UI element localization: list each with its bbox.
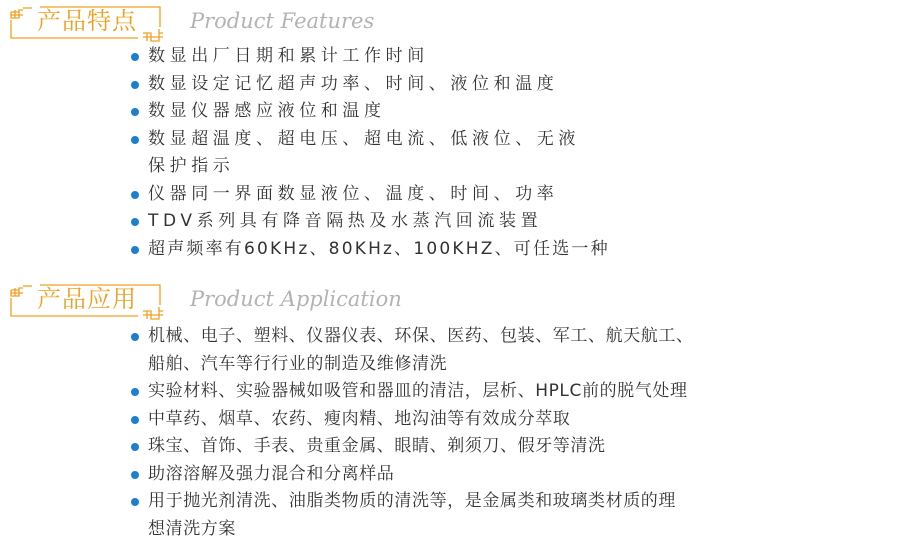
feature-item: 数显设定记忆超声功率、时间、液位和温度 <box>130 71 610 99</box>
blue-dot-icon <box>131 246 139 254</box>
blue-dot-icon <box>131 108 139 116</box>
feature-item: 数显出厂日期和累计工作时间 <box>130 43 610 71</box>
application-item: 实验材料、实验器械如吸管和器皿的清洁，层析、HPLC前的脱气处理 <box>130 378 694 406</box>
blue-dot-icon <box>131 333 139 341</box>
application-item: 用于抛光剂清洗、油脂类物质的清洗等，是金属类和玻璃类材质的理 想清洗方案 <box>130 488 694 541</box>
blue-dot-icon <box>131 53 139 61</box>
blue-dot-icon <box>131 218 139 226</box>
applications-header: 产品应用 Product Application <box>0 278 600 322</box>
blue-dot-icon <box>131 471 139 479</box>
applications-list: 机械、电子、塑料、仪器仪表、环保、医药、包装、军工、航天航工、 船舶、汽车等行行… <box>130 323 694 541</box>
blue-dot-icon <box>131 136 139 144</box>
applications-title-cn: 产品应用 <box>37 285 137 313</box>
feature-item: 数显仪器感应液位和温度 <box>130 98 610 126</box>
features-title-cn: 产品特点 <box>37 7 137 35</box>
blue-dot-icon <box>131 388 139 396</box>
features-list: 数显出厂日期和累计工作时间 数显设定记忆超声功率、时间、液位和温度 数显仪器感应… <box>130 43 610 263</box>
blue-dot-icon <box>131 443 139 451</box>
applications-title-en: Product Application <box>190 286 402 312</box>
feature-item: 超声频率有60KHz、80KHz、100KHZ、可任选一种 <box>130 236 610 264</box>
blue-dot-icon <box>131 191 139 199</box>
blue-dot-icon <box>131 498 139 506</box>
application-item: 中草药、烟草、农药、瘦肉精、地沟油等有效成分萃取 <box>130 406 694 434</box>
feature-item: TDV系列具有降音隔热及水蒸汽回流装置 <box>130 208 610 236</box>
features-header: 产品特点 Product Features <box>0 0 600 44</box>
feature-item: 仪器同一界面数显液位、温度、时间、功率 <box>130 181 610 209</box>
features-title-en: Product Features <box>190 8 374 34</box>
application-item: 珠宝、首饰、手表、贵重金属、眼睛、剃须刀、假牙等清洗 <box>130 433 694 461</box>
application-item: 助溶溶解及强力混合和分离样品 <box>130 461 694 489</box>
blue-dot-icon <box>131 81 139 89</box>
blue-dot-icon <box>131 416 139 424</box>
feature-item: 数显超温度、超电压、超电流、低液位、无液 保护指示 <box>130 126 610 181</box>
application-item: 机械、电子、塑料、仪器仪表、环保、医药、包装、军工、航天航工、 船舶、汽车等行行… <box>130 323 694 378</box>
